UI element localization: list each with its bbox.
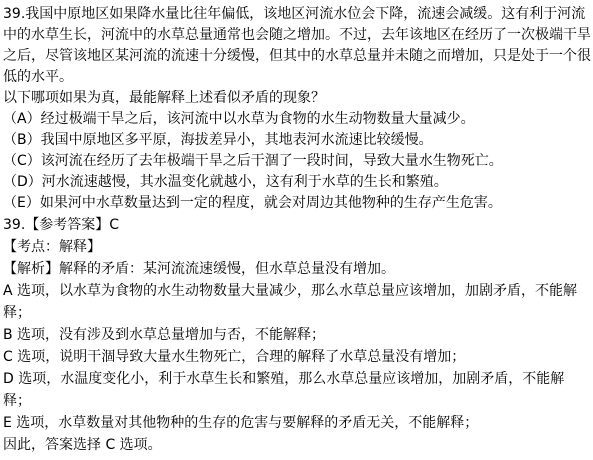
question-stem: 39.我国中原地区如果降水量比往年偏低，该地区河流水位会下降，流速会减缓。这有利… [3, 4, 591, 88]
analysis-option-e: E 选项，水草数量对其他物种的生存的危害与要解释的矛盾无关，不能解释； [3, 412, 591, 434]
document-page: 39.我国中原地区如果降水量比往年偏低，该地区河流水位会下降，流速会减缓。这有利… [0, 0, 593, 460]
option-e: （E）如果河中水草数量达到一定的程度，就会对周边其他物种的生存产生危害。 [3, 193, 591, 214]
option-b: （B）我国中原地区多平原，海拔差异小，其地表河水流速比较缓慢。 [3, 130, 591, 151]
option-c: （C）该河流在经历了去年极端干旱之后干涸了一段时间，导致大量水生物死亡。 [3, 151, 591, 172]
question-prompt: 以下哪项如果为真，最能解释上述看似矛盾的现象？ [3, 88, 591, 109]
keypoint: 【考点：解释】 [3, 236, 591, 258]
option-d: （D）河水流速越慢，其水温变化就越小，这有利于水草的生长和繁殖。 [3, 172, 591, 193]
analysis-option-c: C 选项，说明干涸导致大量水生物死亡，合理的解释了水草总量没有增加； [3, 346, 591, 368]
analysis-intro: 【解析】解释的矛盾：某河流流速缓慢，但水草总量没有增加。 [3, 258, 591, 280]
conclusion: 因此，答案选择 C 选项。 [3, 434, 591, 456]
option-a: （A）经过极端干旱之后，该河流中以水草为食物的水生动物数量大量减少。 [3, 109, 591, 130]
reference-answer: 39.【参考答案】C [3, 214, 591, 236]
analysis-option-d: D 选项，水温度变化小，利于水草生长和繁殖，那么水草总量应该增加，加剧矛盾，不能… [3, 368, 591, 412]
analysis-option-a: A 选项，以水草为食物的水生动物数量大量减少，那么水草总量应该增加，加剧矛盾，不… [3, 280, 591, 324]
analysis-option-b: B 选项，没有涉及到水草总量增加与否，不能解释； [3, 324, 591, 346]
